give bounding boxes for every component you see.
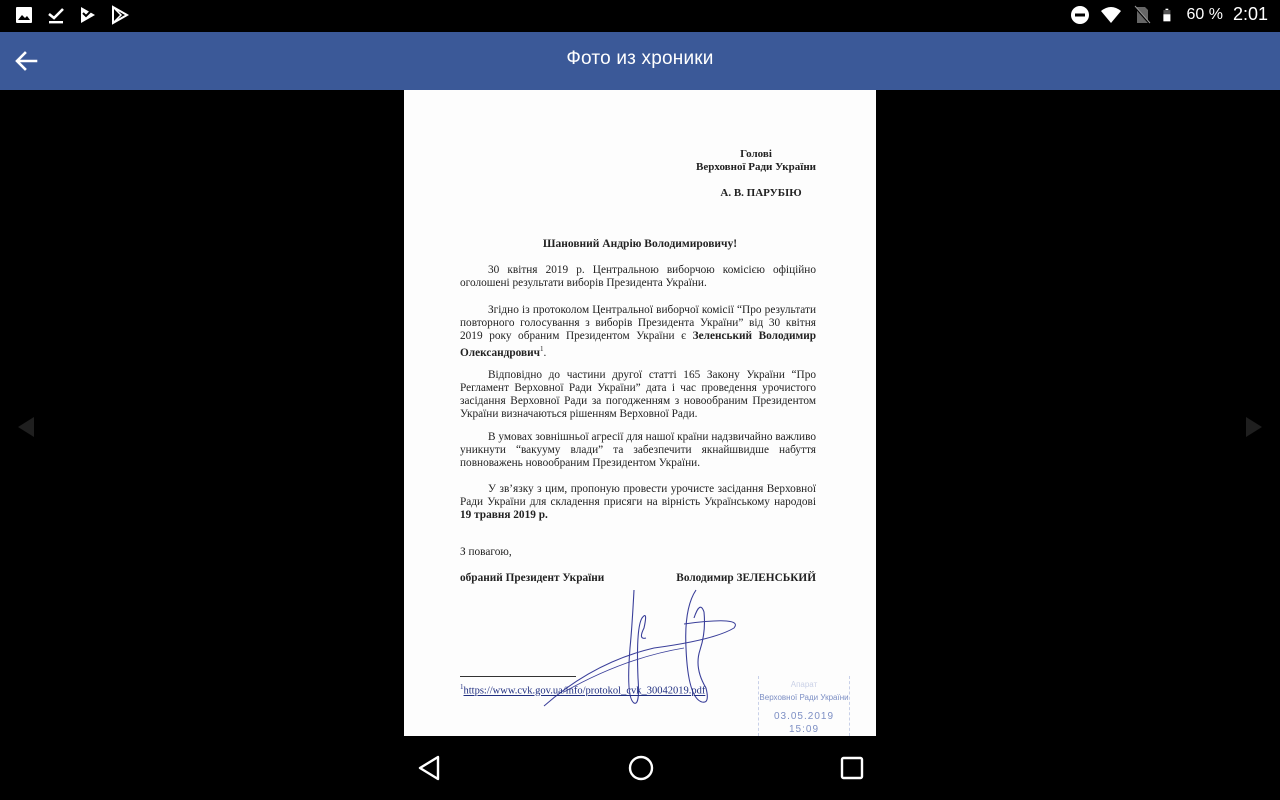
paragraph-5: У зв’язку з цим, пропоную провести урочи… — [460, 483, 816, 522]
system-navigation-bar — [0, 736, 1280, 800]
back-triangle-icon — [416, 754, 444, 782]
home-circle-icon — [627, 754, 655, 782]
signer-title: обраний Президент України — [460, 572, 604, 585]
play-store-icon — [110, 5, 130, 25]
paragraph-3: Відповідно до частини другої статті 165 … — [460, 369, 816, 421]
registration-stamp: Апарат Верховної Ради України 03.05.2019… — [758, 676, 850, 736]
app-title: Фото из хроники — [0, 48, 1280, 70]
salutation: Шановний Андрію Володимировичу! — [404, 238, 876, 251]
image-icon — [14, 5, 34, 25]
paragraph-1: 30 квітня 2019 р. Центральною виборчою к… — [460, 264, 816, 290]
footnote-link[interactable]: https://www.cvk.gov.ua/info/protokol_cvk… — [464, 686, 706, 697]
photo-viewer[interactable]: Голові Верховної Ради України А. В. ПАРУ… — [0, 90, 1280, 736]
battery-percent: 60 % — [1186, 6, 1222, 24]
closing: З повагою, — [460, 546, 512, 559]
nav-back-button[interactable] — [416, 754, 444, 782]
status-bar: 60 % 2:01 — [0, 0, 1280, 32]
recents-square-icon — [838, 754, 866, 782]
previous-photo-icon[interactable] — [18, 417, 34, 437]
checkmark-flag-icon — [78, 5, 98, 25]
wifi-icon — [1100, 5, 1122, 25]
footnote: 1https://www.cvk.gov.ua/info/protokol_cv… — [460, 681, 705, 698]
paragraph-2: Згідно із протоколом Центральної виборчо… — [460, 304, 816, 360]
nav-home-button[interactable] — [627, 754, 655, 782]
no-sim-icon — [1132, 5, 1152, 25]
do-not-disturb-icon — [1070, 5, 1090, 25]
addressee-block: Голові Верховної Ради України А. В. ПАРУ… — [696, 148, 816, 200]
signer-name: Володимир ЗЕЛЕНСЬКИЙ — [676, 572, 816, 585]
download-done-icon — [46, 5, 66, 25]
footnote-divider — [460, 676, 576, 677]
signature-row: обраний Президент України Володимир ЗЕЛЕ… — [460, 572, 816, 585]
clock: 2:01 — [1233, 4, 1268, 25]
document-photo: Голові Верховної Ради України А. В. ПАРУ… — [404, 90, 876, 736]
battery-icon — [1162, 5, 1176, 25]
addressee-line1: Голові — [696, 148, 816, 161]
paragraph-4: В умовах зовнішньої агресії для нашої кр… — [460, 431, 816, 470]
app-bar: Фото из хроники — [0, 32, 1280, 90]
addressee-line2: Верховної Ради України — [696, 161, 816, 174]
addressee-name: А. В. ПАРУБІЮ — [706, 187, 816, 200]
next-photo-icon[interactable] — [1246, 417, 1262, 437]
nav-recents-button[interactable] — [838, 754, 866, 782]
